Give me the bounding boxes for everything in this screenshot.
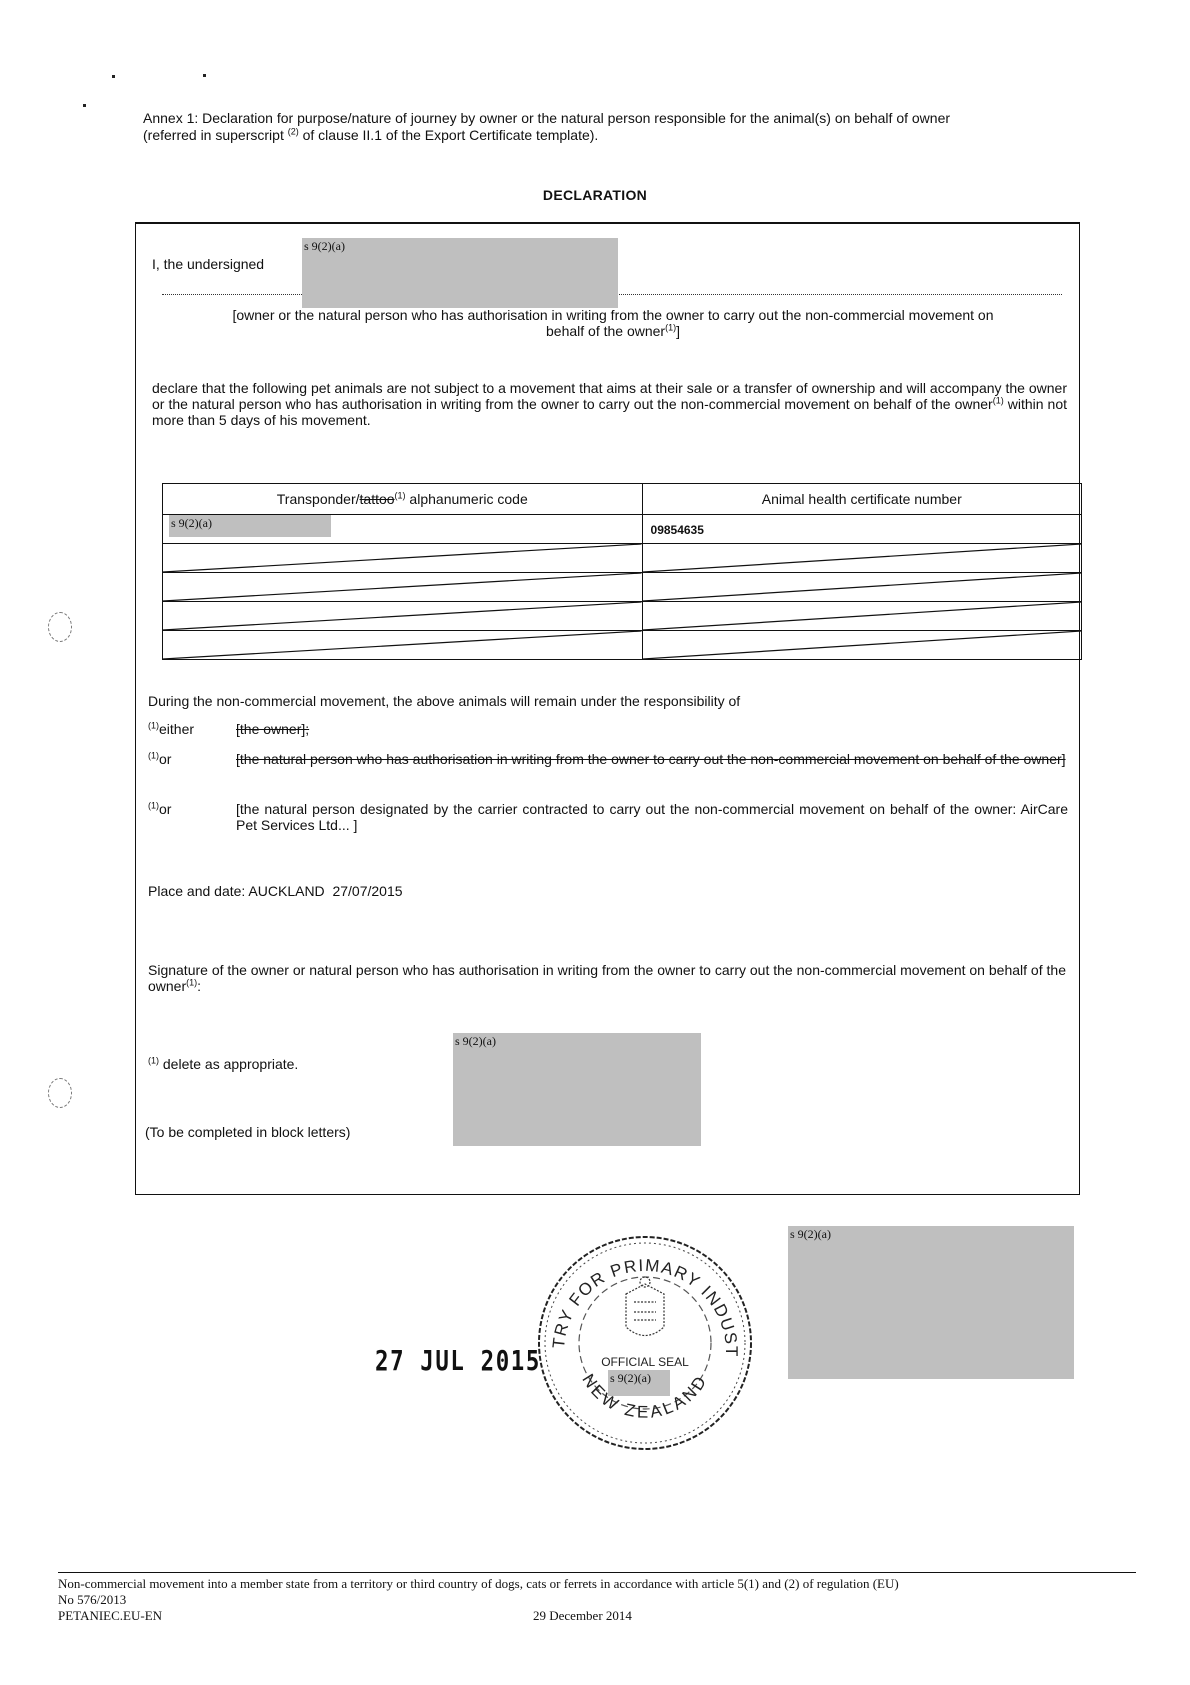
declaration-text: declare that the following pet animals a… [152,380,1067,412]
redaction-code: s 9(2)(a) [302,238,618,255]
option-text-struck: [the natural person who has authorisatio… [236,751,1068,767]
crossed-cell [163,573,643,602]
header-text: Transponder/ [277,491,360,507]
footer-doc-date: 29 December 2014 [533,1608,632,1624]
place-date-label: Place and date: [148,883,248,899]
signature-text: Signature of the owner or natural person… [148,962,1066,994]
role-text-part: behalf of the owner [546,323,665,339]
header-superscript: (1) [395,490,406,500]
punch-hole-top [48,612,72,642]
table-row-crossed [163,631,1082,660]
svg-text:OFFICIAL SEAL: OFFICIAL SEAL [601,1355,689,1369]
annex-text: (referred in superscript [143,127,288,143]
crossed-cell [642,602,1081,631]
option-superscript: (1) [148,720,159,730]
redaction-code: s 9(2)(a) [608,1370,670,1387]
table-row-crossed [163,544,1082,573]
scan-dot [112,75,115,78]
option-or-natural-person: (1)or[the natural person who has authori… [148,751,1068,767]
crossed-cell [163,544,643,573]
column-header-certificate: Animal health certificate number [642,484,1081,515]
role-close: ] [676,323,680,339]
signature-colon: : [197,978,201,994]
footer-line-2: No 576/2013 [58,1592,1138,1608]
footer-regulation: Non-commercial movement into a member st… [58,1576,1138,1608]
scan-dot [83,104,86,107]
option-word: or [159,751,171,767]
crossed-cell [642,631,1081,660]
footnote-text: delete as appropriate. [159,1056,298,1072]
role-line-2: behalf of the owner(1)] [158,323,1068,339]
responsibility-intro: During the non-commercial movement, the … [148,693,740,709]
option-label: (1)or [148,751,236,767]
official-seal: MINISTRY FOR PRIMARY INDUSTRIES NEW ZEAL… [534,1232,756,1454]
option-superscript: (1) [148,800,159,810]
crossed-cell [642,544,1081,573]
signature-instruction: Signature of the owner or natural person… [148,962,1066,994]
redaction-signature: s 9(2)(a) [453,1033,701,1146]
redaction-undersigned-name: s 9(2)(a) [302,238,618,308]
redaction-code: s 9(2)(a) [453,1033,701,1050]
crossed-cell [642,573,1081,602]
punch-hole-bottom [48,1078,72,1108]
footnote-superscript: (1) [148,1055,159,1065]
place-date-value: AUCKLAND 27/07/2015 [248,883,402,899]
declaration-paragraph: declare that the following pet animals a… [152,380,1067,428]
annex-line-2: (referred in superscript (2) of clause I… [143,127,1083,144]
block-letters-note: (To be completed in block letters) [145,1124,350,1140]
transponder-cell: s 9(2)(a) [163,515,643,544]
role-line-1: [owner or the natural person who has aut… [158,307,1068,323]
svg-text:MINISTRY FOR PRIMARY INDUSTRIE: MINISTRY FOR PRIMARY INDUSTRIES [534,1232,741,1358]
certificate-cell: 09854635 [642,515,1081,544]
option-either: (1)either[the owner]; [148,721,1068,737]
redaction-code: s 9(2)(a) [169,515,331,532]
certificate-number: 09854635 [651,523,704,537]
option-text-struck: [the owner]; [236,721,309,737]
option-word: either [159,721,194,737]
footer-line-1: Non-commercial movement into a member st… [58,1576,1138,1592]
seal-icon: MINISTRY FOR PRIMARY INDUSTRIES NEW ZEAL… [534,1232,756,1454]
scan-dot [203,74,206,77]
declaration-superscript: (1) [993,395,1004,405]
footnote-delete: (1) delete as appropriate. [148,1056,298,1072]
option-or-carrier: (1)or[the natural person designated by t… [148,801,1068,833]
header-text: alphanumeric code [406,491,528,507]
option-text: [the natural person designated by the ca… [236,801,1068,833]
signature-superscript: (1) [186,977,197,987]
crossed-cell [163,602,643,631]
role-text: [owner or the natural person who has aut… [158,307,1068,339]
option-word: or [159,801,171,817]
redaction-transponder: s 9(2)(a) [169,515,331,537]
crossed-cell [163,631,643,660]
redaction-official-signature: s 9(2)(a) [788,1226,1074,1379]
annex-header: Annex 1: Declaration for purpose/nature … [143,110,1083,144]
footer-doc-code: PETANIEC.EU-EN [58,1608,162,1624]
table-row-crossed [163,573,1082,602]
table-row-crossed [163,602,1082,631]
footer-divider [58,1572,1136,1573]
annex-text: of clause II.1 of the Export Certificate… [299,127,599,143]
option-label: (1)either [148,721,236,737]
animal-table: Transponder/tattoo(1) alphanumeric code … [162,483,1082,660]
table-row: s 9(2)(a) 09854635 [163,515,1082,544]
stamp-date: 27 JUL 2015 [375,1344,541,1377]
header-struck-text: tattoo [360,491,395,507]
column-header-transponder: Transponder/tattoo(1) alphanumeric code [163,484,643,515]
undersigned-label: I, the undersigned [152,256,264,272]
page-title: DECLARATION [0,187,1190,203]
table-header-row: Transponder/tattoo(1) alphanumeric code … [163,484,1082,515]
annex-line-1: Annex 1: Declaration for purpose/nature … [143,110,1083,127]
option-superscript: (1) [148,750,159,760]
redaction-code: s 9(2)(a) [788,1226,1074,1243]
option-label: (1)or [148,801,236,833]
place-and-date: Place and date: AUCKLAND 27/07/2015 [148,883,403,899]
role-superscript: (1) [665,322,676,332]
redaction-seal: s 9(2)(a) [608,1370,670,1396]
annex-superscript: (2) [288,126,299,136]
